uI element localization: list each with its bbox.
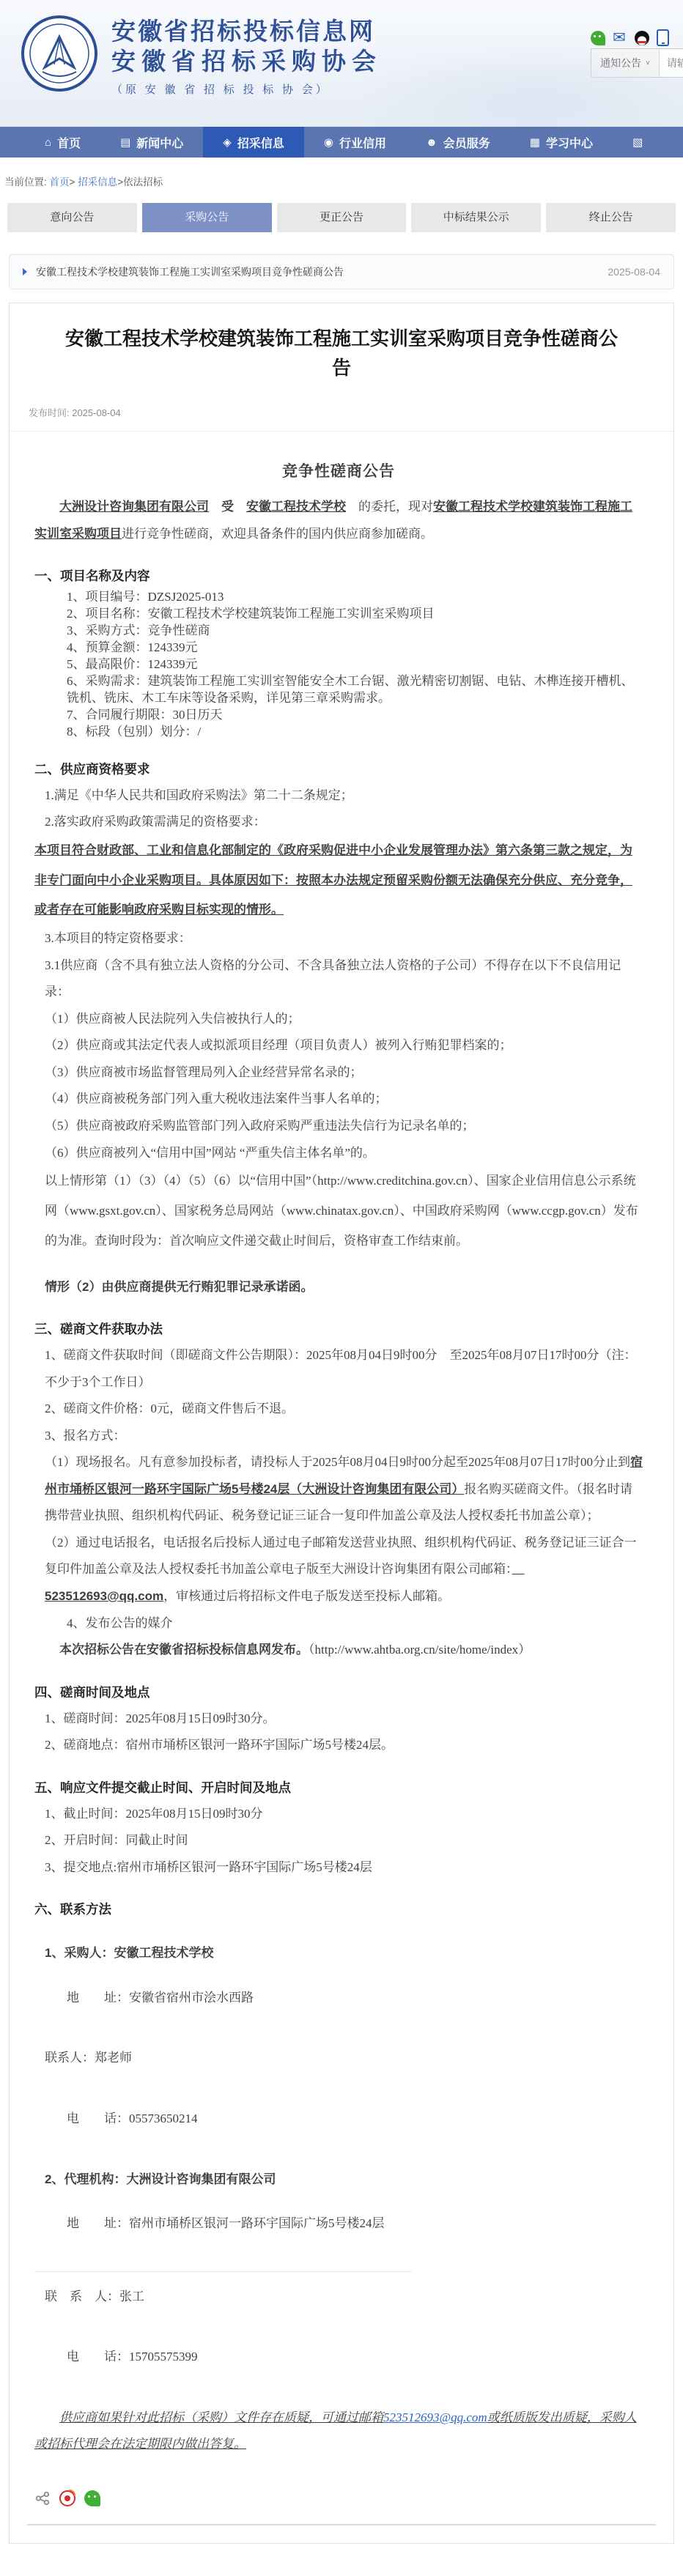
doc-text-run: 3、采购方式：竞争性磋商 (67, 623, 210, 637)
site-brand: 安徽省招标投标信息网 安徽省招标采购协会 （原 安 徽 省 招 标 投 标 协 … (111, 18, 382, 97)
doc-text-run: 以上情形第（1）（3）（4）（5）（6）以“信用中国”（http://www.c… (45, 1174, 638, 1248)
doc-section-heading: 三、磋商文件获取办法 (34, 1317, 643, 1342)
tab-procurement-notice[interactable]: 采购公告 (142, 203, 272, 232)
doc-paragraph: 1、磋商时间：2025年08月15日09时30分。 (45, 1706, 643, 1733)
doc-paragraph: 2、代理机构：大洲设计咨询集团有限公司 (45, 2166, 643, 2194)
doc-text-run: 2、开启时间：同截止时间 (45, 1833, 188, 1847)
list-item-title[interactable]: 安徽工程技术学校建筑装饰工程施工实训室采购项目竞争性磋商公告 (36, 264, 599, 279)
main-nav: ⌂ 首页 ▤ 新闻中心 ◈ 招采信息 ◉ 行业信用 ☻ 会员服务 ▦ 学习中心 … (0, 127, 683, 158)
doc-section-heading: 一、项目名称及内容 (34, 563, 643, 589)
doc-paragraph: 1.满足《中华人民共和国政府采购法》第二十二条规定； (45, 782, 643, 810)
site-title-line1: 安徽省招标投标信息网 (111, 18, 382, 48)
doc-paragraph: 联 系 人：张工 (45, 2284, 643, 2311)
nav-item-procurement-info[interactable]: ◈ 招采信息 (203, 127, 304, 158)
breadcrumb-link-home[interactable]: 首页 (50, 177, 70, 188)
breadcrumb-label: 当前位置: (4, 177, 47, 188)
doc-paragraph: 1、磋商文件获取时间（即磋商文件公告期限）：2025年08月04日9时00分 至… (45, 1342, 643, 1396)
mobile-icon[interactable] (657, 29, 669, 46)
doc-paragraph: 4、预算金额：124339元 (67, 640, 643, 656)
doc-text-run: 情形（2）由供应商提供无行贿犯罪记录承诺函。 (45, 1280, 313, 1294)
share-icon[interactable] (34, 2490, 51, 2506)
doc-paragraph: 大洲设计咨询集团有限公司 受 安徽工程技术学校 的委托，现对安徽工程技术学校建筑… (34, 494, 643, 547)
doc-paragraph: 以上情形第（1）（3）（4）（5）（6）以“信用中国”（http://www.c… (45, 1166, 643, 1256)
doc-paragraph: 8、标段（包别）划分：/ (67, 724, 643, 741)
doc-section-heading: 五、响应文件提交截止时间、开启时间及地点 (34, 1775, 643, 1801)
doc-text-run: （5）供应商被政府采购监管部门列入政府采购严重违法失信行为记录名单的； (45, 1119, 475, 1133)
doc-text-run: 本次招标公告在安徽省招标投标信息网发布。 (59, 1643, 309, 1657)
nav-item-home[interactable]: ⌂ 首页 (25, 127, 100, 158)
list-item[interactable]: 安徽工程技术学校建筑装饰工程施工实训室采购项目竞争性磋商公告 2025-08-0… (9, 254, 674, 289)
publish-time: 发布时间: 2025-08-04 (29, 405, 673, 419)
doc-paragraph: （1）现场报名。凡有意参加投标者，请投标人于2025年08月04日9时00分起至… (45, 1449, 643, 1530)
doc-text-run: 电 话：05573650214 (67, 2111, 198, 2125)
doc-text-run: 二、供应商资格要求 (34, 762, 150, 777)
page-break-line (34, 2271, 412, 2272)
doc-text-run: 四、磋商时间及地点 (34, 1685, 150, 1700)
doc-text-run: 三、磋商文件获取办法 (34, 1322, 163, 1336)
doc-text-run: 地 址：宿州市埇桥区银河一路环宇国际广场5号楼24层 (67, 2216, 385, 2230)
doc-paragraph: 联系人：郑老师 (45, 2045, 643, 2072)
doc-text-run: 供应商如果针对此招标（采购）文件存在质疑，可通过邮箱 (59, 2410, 383, 2424)
nav-label: 新闻中心 (136, 134, 183, 151)
news-icon: ▤ (120, 136, 130, 149)
announcement-tabs: 意向公告 采购公告 更正公告 中标结果公示 终止公告 (7, 203, 676, 232)
doc-paragraph: 3、报名方式： (45, 1423, 643, 1450)
doc-text-run: 大洲设计咨询集团有限公司 (59, 500, 209, 514)
doc-text-run: 2、磋商文件价格：0元，磋商文件售后不退。 (45, 1402, 294, 1415)
nav-label: 行业信用 (339, 134, 386, 151)
breadcrumb-separator: > (117, 177, 123, 188)
person-icon: ☻ (426, 136, 438, 149)
doc-paragraph: 电 话：15705575399 (67, 2344, 643, 2371)
doc-text-run: 1、截止时间：2025年08月15日09时30分 (45, 1807, 263, 1821)
doc-paragraph: 3.1供应商（含不具有独立法人资格的分公司、不含具备独立法人资格的子公司）不得存… (45, 952, 643, 1006)
nav-item-news[interactable]: ▤ 新闻中心 (100, 127, 203, 158)
medal-icon: ◉ (324, 136, 333, 149)
doc-text-run: 安徽工程技术学校 (246, 500, 346, 514)
page-bottom-space (0, 2544, 683, 2576)
breadcrumb: 当前位置: 首页> 招采信息>依法招标 (0, 158, 683, 194)
doc-paragraph: 地 址：安徽省宿州市浍水西路 (67, 1985, 643, 2012)
doc-paragraph: （2）通过电话报名，电话报名后投标人通过电子邮箱发送营业执照、组织机构代码证、税… (45, 1530, 643, 1610)
site-title-line2: 安徽省招标采购协会 (111, 48, 382, 78)
nav-item-extra[interactable]: ▧ (613, 127, 668, 158)
doc-text-run: 地 址：安徽省宿州市浍水西路 (67, 1991, 254, 2005)
doc-paragraph: 1、截止时间：2025年08月15日09时30分 (45, 1801, 643, 1828)
doc-text-run: 1.满足《中华人民共和国政府采购法》第二十二条规定； (45, 788, 353, 802)
search-bar: 通知公告 ˅ (591, 48, 683, 78)
doc-text-run: 本项目符合财政部、工业和信息化部制定的《政府采购促进中小企业发展管理办法》第六条… (34, 843, 632, 917)
bottom-divider (27, 2524, 656, 2525)
doc-paragraph: 3、提交地点:宿州市埇桥区银河一路环宇国际广场5号楼24层 (45, 1854, 643, 1881)
share-row (34, 2490, 673, 2506)
doc-paragraph: 3、采购方式：竞争性磋商 (67, 623, 643, 640)
book-icon: ▦ (530, 136, 540, 149)
doc-section-heading: 四、磋商时间及地点 (34, 1680, 643, 1706)
doc-text-run: （2）供应商或其法定代表人或拟派项目经理（项目负责人）被列入行贿犯罪档案的； (45, 1038, 512, 1052)
tab-intention-notice[interactable]: 意向公告 (7, 203, 137, 232)
doc-paragraph: （6）供应商被列入“信用中国”网站 “严重失信主体名单”的。 (45, 1140, 643, 1167)
doc-text-run: 电 话：15705575399 (67, 2350, 198, 2364)
search-category-select[interactable]: 通知公告 ˅ (591, 49, 660, 77)
doc-paragraph: （4）供应商被税务部门列入重大税收违法案件当事人名单的； (45, 1086, 643, 1113)
doc-text-run: 3.1供应商（含不具有独立法人资格的分公司、不含具备独立法人资格的子公司）不得存… (45, 958, 621, 999)
doc-text-run: （4）供应商被税务部门列入重大税收违法案件当事人名单的； (45, 1092, 388, 1106)
doc-text-run: （3）供应商被市场监督管理局列入企业经营异常名录的； (45, 1065, 363, 1079)
doc-paragraph: （3）供应商被市场监督管理局列入企业经营异常名录的； (45, 1059, 643, 1087)
doc-paragraph: 本次招标公告在安徽省招标投标信息网发布。（http://www.ahtba.or… (34, 1637, 643, 1664)
bullet-arrow-icon (23, 268, 27, 275)
doc-paragraph: （1）供应商被人民法院列入失信被执行人的； (45, 1006, 643, 1033)
nav-item-member-services[interactable]: ☻ 会员服务 (406, 127, 510, 158)
doc-text-run: （http://www.ahtba.org.cn/site/home/index… (309, 1643, 531, 1657)
doc-paragraph: 本项目符合财政部、工业和信息化部制定的《政府采购促进中小企业发展管理办法》第六条… (34, 836, 643, 925)
nav-label: 会员服务 (443, 134, 490, 151)
email-link[interactable]: 523512693@qq.com (383, 2410, 487, 2424)
doc-heading: 竞争性磋商公告 (34, 459, 643, 484)
site-header: 安徽省招标投标信息网 安徽省招标采购协会 （原 安 徽 省 招 标 投 标 协 … (0, 0, 683, 127)
nav-label: 首页 (57, 134, 81, 151)
doc-paragraph: 情形（2）由供应商提供无行贿犯罪记录承诺函。 (45, 1274, 643, 1301)
breadcrumb-link-section[interactable]: 招采信息 (78, 177, 117, 188)
doc-text-run: 4、预算金额：124339元 (67, 640, 198, 654)
list-item-date: 2025-08-04 (608, 266, 660, 278)
doc-paragraph: （5）供应商被政府采购监管部门列入政府采购严重违法失信行为记录名单的； (45, 1113, 643, 1140)
layers-icon: ◈ (223, 136, 232, 149)
nav-label: 学习中心 (546, 134, 593, 151)
doc-paragraph: 2、开启时间：同截止时间 (45, 1827, 643, 1854)
grid-icon: ▧ (632, 136, 643, 149)
doc-paragraph: 7、合同履行期限：30日历天 (67, 707, 643, 724)
doc-paragraph: 6、采购需求：建筑装饰工程施工实训室智能安全木工台锯、激光精密切割锯、电钻、木榫… (67, 673, 643, 707)
doc-text-run: （2）通过电话报名，电话报名后投标人通过电子邮箱发送营业执照、组织机构代码证、税… (45, 1536, 637, 1577)
doc-text-run: 2、磋商地点：宿州市埇桥区银河一路环宇国际广场5号楼24层。 (45, 1738, 394, 1752)
nav-item-learning-center[interactable]: ▦ 学习中心 (510, 127, 613, 158)
doc-paragraph: 4、发布公告的媒介 (67, 1610, 643, 1637)
doc-text-run: 竞争性磋商公告 (282, 462, 395, 480)
doc-text-run: 2、代理机构：大洲设计咨询集团有限公司 (45, 2172, 276, 2186)
tab-correction-notice[interactable]: 更正公告 (277, 203, 407, 232)
home-icon: ⌂ (45, 136, 51, 149)
doc-text-run: 1、采购人：安徽工程技术学校 (45, 1946, 213, 1960)
doc-paragraph: 2.落实政府采购政策需满足的资格要求： (45, 809, 643, 836)
tab-termination-notice[interactable]: 终止公告 (546, 203, 676, 232)
doc-paragraph: 电 话：05573650214 (67, 2106, 643, 2133)
document-body: 竞争性磋商公告大洲设计咨询集团有限公司 受 安徽工程技术学校 的委托，现对安徽工… (10, 432, 673, 2458)
doc-text-run: （1）供应商被人民法院列入失信被执行人的； (45, 1012, 300, 1026)
doc-text-run: 4、发布公告的媒介 (67, 1616, 173, 1630)
doc-paragraph: 5、最高限价：124339元 (67, 656, 643, 673)
doc-paragraph: 2、项目名称：安徽工程技术学校建筑装饰工程施工实训室采购项目 (67, 606, 643, 623)
doc-text-run: 受 (209, 500, 246, 514)
doc-text-run: （6）供应商被列入“信用中国”网站 “严重失信主体名单”的。 (45, 1146, 375, 1160)
doc-text-run: 的委托，现对 (346, 500, 433, 514)
page-title: 安徽工程技术学校建筑装饰工程施工实训室采购项目竞争性磋商公告 (10, 324, 673, 383)
tab-award-result[interactable]: 中标结果公示 (411, 203, 541, 232)
doc-section-heading: 二、供应商资格要求 (34, 757, 643, 782)
breadcrumb-separator: > (70, 177, 75, 188)
doc-section-heading: 六、联系方法 (34, 1897, 643, 1922)
doc-text-run: 一、项目名称及内容 (34, 569, 150, 583)
doc-text-run: 3.本项目的特定资格要求： (45, 931, 191, 945)
article-card: 安徽工程技术学校建筑装饰工程施工实训室采购项目竞争性磋商公告 发布时间: 202… (9, 303, 674, 2544)
doc-paragraph: 1、项目编号：DZSJ2025-013 (67, 589, 643, 606)
doc-paragraph: 供应商如果针对此招标（采购）文件存在质疑，可通过邮箱523512693@qq.c… (34, 2405, 643, 2458)
search-input[interactable] (660, 49, 683, 77)
doc-text-run: 五、响应文件提交截止时间、开启时间及地点 (34, 1780, 291, 1795)
doc-text-run: 1、磋商时间：2025年08月15日09时30分。 (45, 1711, 276, 1725)
nav-label: 招采信息 (237, 134, 284, 151)
doc-paragraph: 地 址：宿州市埇桥区银河一路环宇国际广场5号楼24层 (67, 2210, 643, 2238)
quick-links: ✉ (591, 29, 669, 46)
nav-item-industry-credit[interactable]: ◉ 行业信用 (304, 127, 406, 158)
qq-icon[interactable] (635, 31, 649, 45)
doc-text-run: 2、项目名称：安徽工程技术学校建筑装饰工程施工实训室采购项目 (67, 607, 435, 621)
mail-icon[interactable]: ✉ (613, 31, 627, 45)
doc-text-run: 3、提交地点:宿州市埇桥区银河一路环宇国际广场5号楼24层 (45, 1860, 372, 1874)
doc-text-run: 5、最高限价：124339元 (67, 657, 198, 671)
doc-text-run: 8、标段（包别）划分：/ (67, 725, 201, 739)
doc-paragraph: 3.本项目的特定资格要求： (45, 925, 643, 952)
doc-paragraph: 2、磋商地点：宿州市埇桥区银河一路环宇国际广场5号楼24层。 (45, 1732, 643, 1759)
wechat-icon[interactable] (591, 31, 605, 45)
site-logo-icon (21, 15, 98, 92)
doc-paragraph: （2）供应商或其法定代表人或拟派项目经理（项目负责人）被列入行贿犯罪档案的； (45, 1032, 643, 1059)
search-category-label: 通知公告 (600, 56, 641, 70)
doc-text-run: 2.落实政府采购政策需满足的资格要求： (45, 815, 266, 829)
doc-paragraph: 2、磋商文件价格：0元，磋商文件售后不退。 (45, 1396, 643, 1423)
doc-text-run: 1、项目编号：DZSJ2025-013 (67, 590, 224, 604)
doc-text-run: （1）现场报名。凡有意参加投标者，请投标人于2025年08月04日9时00分起至… (45, 1455, 630, 1469)
doc-text-run: 6、采购需求：建筑装饰工程施工实训室智能安全木工台锯、激光精密切割锯、电钻、木榫… (67, 674, 634, 705)
weibo-icon[interactable] (59, 2490, 75, 2506)
doc-text-run: 3、报名方式： (45, 1429, 126, 1443)
doc-text-run: ，审核通过后将招标文件电子版发送至投标人邮箱。 (163, 1589, 450, 1603)
chevron-down-icon: ˅ (646, 59, 650, 67)
doc-text-run: 六、联系方法 (34, 1902, 111, 1917)
doc-text-run: 7、合同履行期限：30日历天 (67, 708, 223, 722)
doc-text-run: 1、磋商文件获取时间（即磋商文件公告期限）：2025年08月04日9时00分 至… (45, 1348, 637, 1389)
site-title-line3: （原 安 徽 省 招 标 投 标 协 会） (111, 81, 382, 97)
doc-text-run: 联 系 人：张工 (45, 2290, 144, 2303)
page: 安徽省招标投标信息网 安徽省招标采购协会 （原 安 徽 省 招 标 投 标 协 … (0, 0, 683, 2576)
wechat-share-icon[interactable] (84, 2490, 100, 2506)
doc-text-run: 联系人：郑老师 (45, 2051, 132, 2065)
breadcrumb-current: 依法招标 (123, 177, 163, 188)
doc-paragraph: 1、采购人：安徽工程技术学校 (45, 1940, 643, 1967)
doc-text-run: 进行竞争性磋商，欢迎具备条件的国内供应商参加磋商。 (122, 527, 433, 541)
